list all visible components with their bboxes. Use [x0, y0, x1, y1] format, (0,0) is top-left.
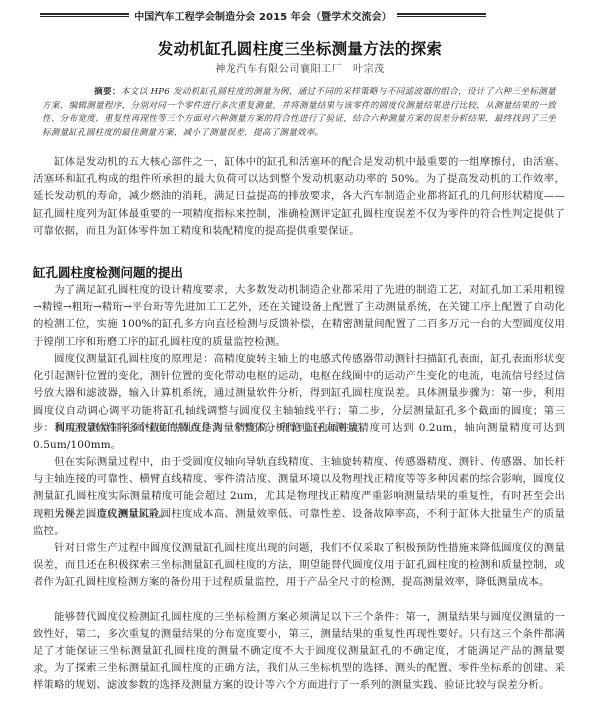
body-paragraph-6: 针对日常生产过程中圆度仪测量缸孔圆柱度出现的问题，我们不仅采取了积极预防性措施来…: [33, 540, 565, 592]
paper-page: 中国汽车工程学会制造分会 2015 年会（暨学术交流会） 发动机缸孔圆柱度三坐标…: [0, 0, 600, 709]
paragraph-text: 圆度仪测量缸孔圆柱度的特点是测量精度高，理论上径向测量精度可达到 0.2um，轴…: [33, 422, 565, 451]
intro-paragraph-text: 缸体是发动机的五大核心部件之一，缸体中的缸孔和活塞环的配合是发动机中最重要的一组…: [33, 156, 565, 237]
paper-title: 发动机缸孔圆柱度三坐标测量方法的探索: [0, 37, 600, 59]
header-rule-left: [40, 13, 129, 17]
abstract-label: 摘要：: [94, 87, 121, 97]
abstract: 摘要：本文以 HP6 发动机缸孔圆柱度的测量为例，通过不同的采样策略与不同滤波器…: [42, 86, 556, 140]
intro-paragraph: 缸体是发动机的五大核心部件之一，缸体中的缸孔和活塞环的配合是发动机中最重要的一组…: [33, 154, 565, 240]
body-paragraph-1: 为了满足缸孔圆柱度的设计精度要求，大多数发动机制造企业都采用了先进的制造工艺，对…: [33, 282, 565, 351]
paragraph-text: 为了满足缸孔圆柱度的设计精度要求，大多数发动机制造企业都采用了先进的制造工艺，对…: [33, 284, 565, 348]
running-header: 中国汽车工程学会制造分会 2015 年会（暨学术交流会）: [40, 9, 486, 21]
conference-running-title: 中国汽车工程学会制造分会 2015 年会（暨学术交流会）: [129, 8, 397, 23]
section-heading: 缸孔圆柱度检测问题的提出: [33, 263, 183, 281]
body-paragraph-8: 为了探索三坐标测量缸孔圆柱度的正确方法，我们从三坐标机型的选择、测头的配置、零件…: [33, 660, 565, 694]
paragraph-text: 另外，圆度仪测量缸孔圆柱度成本高、测量效率低、可靠性差、设备故障率高，不利于缸体…: [33, 508, 565, 537]
author-affiliation: 神龙汽车有限公司襄阳工厂 叶宗茂: [0, 60, 600, 75]
paragraph-text: 为了探索三坐标测量缸孔圆柱度的正确方法，我们从三坐标机型的选择、测头的配置、零件…: [33, 662, 565, 691]
header-rule-right: [397, 13, 486, 17]
body-paragraph-3: 圆度仪测量缸孔圆柱度的特点是测量精度高，理论上径向测量精度可达到 0.2um，轴…: [33, 420, 565, 454]
paragraph-text: 针对日常生产过程中圆度仪测量缸孔圆柱度出现的问题，我们不仅采取了积极预防性措施来…: [33, 542, 565, 588]
body-paragraph-5: 另外，圆度仪测量缸孔圆柱度成本高、测量效率低、可靠性差、设备故障率高，不利于缸体…: [33, 506, 565, 540]
